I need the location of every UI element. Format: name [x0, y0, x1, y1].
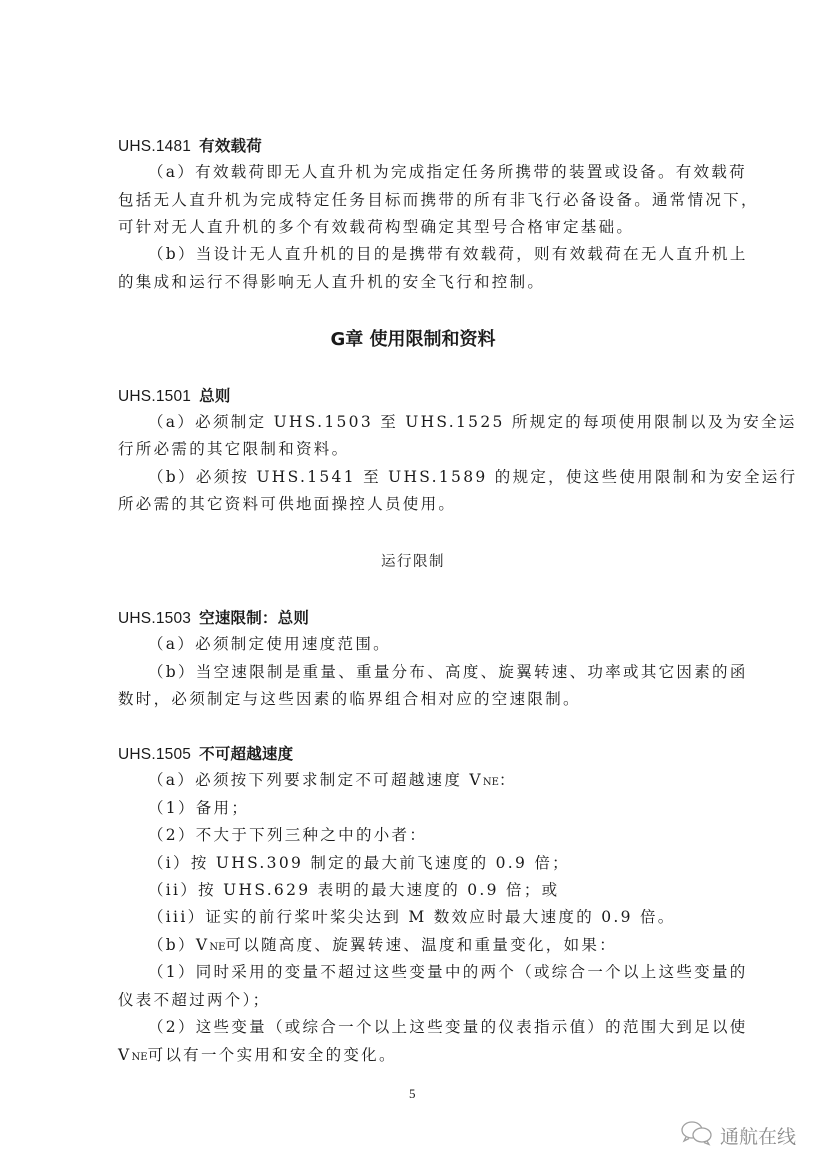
- paragraph-line: （b）必须按 UHS.1541 至 UHS.1589 的规定，使这些使用限制和为…: [148, 465, 740, 487]
- paragraph-line: VNE可以有一个实用和安全的变化。: [118, 1043, 710, 1065]
- paragraph-line: 行所必需的其它限制和资料。: [118, 437, 710, 459]
- section-heading-1505: UHS.1505不可超越速度: [118, 742, 293, 764]
- paragraph-line: （a）有效载荷即无人直升机为完成指定任务所携带的装置或设备。有效载荷: [148, 160, 740, 182]
- page-number: 5: [409, 1086, 416, 1102]
- paragraph-line: （b）当空速限制是重量、重量分布、高度、旋翼转速、功率或其它因素的函: [148, 660, 740, 682]
- section-heading-1481: UHS.1481有效载荷: [118, 134, 262, 156]
- subheading: 运行限制: [0, 550, 826, 571]
- watermark: 通航在线: [680, 1120, 796, 1151]
- paragraph-line: 可针对无人直升机的多个有效载荷构型确定其型号合格审定基础。: [118, 215, 710, 237]
- paragraph-line: （b）当设计无人直升机的目的是携带有效载荷，则有效载荷在无人直升机上: [148, 242, 740, 264]
- paragraph-line: （ii）按 UHS.629 表明的最大速度的 0.9 倍；或: [148, 878, 740, 900]
- section-heading-1501: UHS.1501总则: [118, 384, 231, 406]
- paragraph-line: （iii）证实的前行桨叶桨尖达到 M 数效应时最大速度的 0.9 倍。: [148, 905, 740, 927]
- paragraph-line: 仪表不超过两个）；: [118, 988, 710, 1010]
- document-page: UHS.1481有效载荷 （a）有效载荷即无人直升机为完成指定任务所携带的装置或…: [0, 0, 826, 1169]
- paragraph-line: （b）VNE可以随高度、旋翼转速、温度和重量变化，如果：: [148, 933, 740, 955]
- paragraph-line: （a）必须制定使用速度范围。: [148, 632, 740, 654]
- paragraph-line: （2）不大于下列三种之中的小者：: [148, 823, 740, 845]
- paragraph-line: 数时，必须制定与这些因素的临界组合相对应的空速限制。: [118, 687, 710, 709]
- paragraph-line: （i）按 UHS.309 制定的最大前飞速度的 0.9 倍；: [148, 851, 740, 873]
- paragraph-line: （a）必须制定 UHS.1503 至 UHS.1525 所规定的每项使用限制以及…: [148, 410, 740, 432]
- paragraph-line: 所必需的其它资料可供地面操控人员使用。: [118, 492, 710, 514]
- chapter-title: G章 使用限制和资料: [0, 325, 826, 351]
- section-heading-1503: UHS.1503空速限制：总则: [118, 606, 309, 628]
- paragraph-line: （a）必须按下列要求制定不可超越速度 VNE：: [148, 768, 740, 790]
- watermark-text: 通航在线: [720, 1122, 796, 1149]
- paragraph-line: 的集成和运行不得影响无人直升机的安全飞行和控制。: [118, 270, 710, 292]
- paragraph-line: 包括无人直升机为完成特定任务目标而携带的所有非飞行必备设备。通常情况下，: [118, 188, 710, 210]
- paragraph-line: （1）同时采用的变量不超过这些变量中的两个（或综合一个以上这些变量的: [148, 960, 740, 982]
- wechat-icon: [680, 1120, 714, 1151]
- paragraph-line: （1）备用；: [148, 796, 740, 818]
- paragraph-line: （2）这些变量（或综合一个以上这些变量的仪表指示值）的范围大到足以使: [148, 1015, 740, 1037]
